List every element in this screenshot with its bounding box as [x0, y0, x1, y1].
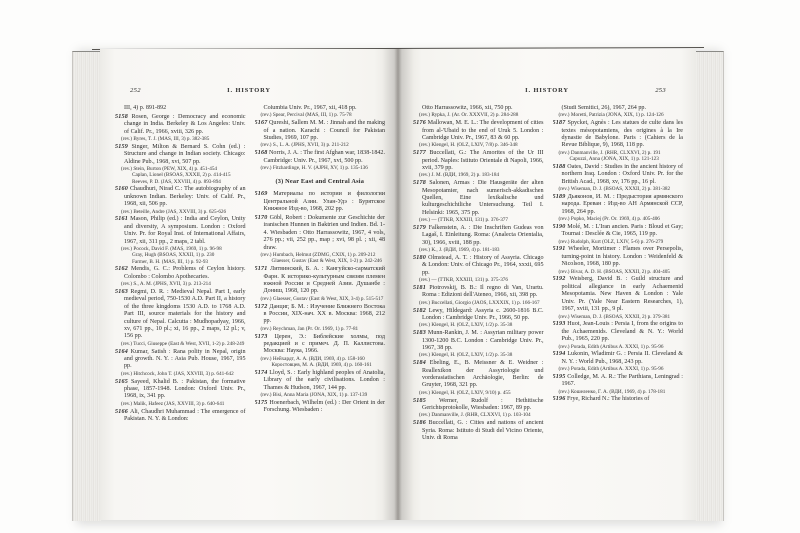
review-line: (rev.) Malik, Hafeez (JAS, XXVIII, 3) p.…	[115, 401, 246, 407]
entry-number: 5158	[115, 114, 128, 120]
entry-number: 5162	[115, 266, 128, 272]
review-line: (rev.) K., J. (ВДИ, 1969, 4) p. 181-183	[413, 247, 544, 253]
bib-entry: 5177 Buccellati, G.: The Amorites of the…	[413, 150, 544, 172]
text-column: (Studi Semitici, 26), 1967, 264 pp.(rev.…	[553, 105, 684, 511]
entry-number: 5177	[413, 150, 426, 156]
entry-number: 5185	[413, 398, 426, 404]
entry-number: 5167	[255, 120, 268, 126]
review-line: (rev.) Кошеленко, Г. А. (ВДИ, 1969, 4) p…	[553, 389, 684, 395]
entry-number: 5196	[553, 396, 566, 402]
bib-entry: 5160 Chaudhuri, Nirad C.: The autobiogra…	[115, 186, 246, 208]
bib-entry: 5188 Oates, David : Studies in the ancie…	[553, 164, 684, 186]
entry-number: 5189	[553, 194, 566, 200]
bib-entry: 5171 Литвинский, Б. А. : Кангуйско-сарма…	[255, 266, 386, 296]
entry-number: 5163	[115, 289, 128, 295]
entry-number: 5166	[115, 409, 128, 415]
left-page-edges	[72, 51, 101, 521]
book-gutter-shadow	[382, 48, 414, 520]
review-line: (rev.) Porada, Edith (Artibus A. XXXI, 1…	[553, 344, 684, 350]
review-line: (rev.) Hitchcock, John T. (JAS, XXVIII, …	[115, 371, 246, 377]
entry-number: 5159	[115, 144, 128, 150]
bib-entry: 5163 Regmi, D. R. : Medieval Nepal. Part…	[115, 289, 246, 341]
review-line: (rev.) Bisi, Anna Maria (JONA, XIX, 1) p…	[255, 392, 386, 398]
entry-number: 5179	[413, 225, 426, 231]
bib-entry: 5172 Данциг, Б. М. : Изучение Ближнего В…	[255, 304, 386, 326]
right-page-number: 253	[655, 87, 666, 94]
bib-entry: 5182 Lewy, Hildegard: Assyria c. 2600-18…	[413, 308, 544, 323]
bib-entry: 5178 Salonen, Armas : Die Hausgeräte der…	[413, 180, 544, 217]
bib-entry: 5191 Wheeler, Mortimer : Flames over Per…	[553, 246, 684, 268]
section-heading: (3) Near East and Central Asia	[255, 178, 386, 185]
entry-number: 5173	[255, 334, 268, 340]
entry-number: 5182	[413, 308, 426, 314]
bib-entry: 5183 Munn-Rankin, J. M. : Assyrian milit…	[413, 330, 544, 352]
review-line: (rev.) Buccellati, Giorgio (JAOS, LXXXIX…	[413, 300, 544, 306]
text-column: III, 4) p. 891-8925158 Rosen, George : D…	[115, 105, 246, 511]
review-line: Caplan, Lionel (BSOAS, XXXII, 2) p. 414-…	[115, 172, 246, 178]
bib-entry: 5190 Molé, M. : L'Iran ancien. Paris : B…	[553, 224, 684, 239]
entry-number: 5188	[553, 164, 566, 170]
bib-entry: 5169 Материалы по истории и филологии Це…	[255, 191, 386, 213]
entry-number: 5187	[553, 120, 566, 126]
bib-entry: 5179 Falkenstein, A. : Die Inschriften G…	[413, 225, 544, 247]
text-column: Columbia Univ. Pr., 1967, xii, 418 pp.(r…	[255, 105, 386, 511]
review-line: Glaesser, Gustav (East & West, XIX, 1-2)…	[255, 258, 386, 264]
bib-entry: 5164 Kumar, Satish : Rana polity in Nepa…	[115, 349, 246, 371]
review-line: (rev.) Danmanville, J. (RHR, CLXXVI, 1) …	[413, 412, 544, 418]
bib-entry: 5180 Olmstead, A. T. : History of Assyri…	[413, 255, 544, 277]
review-line: (rev.) Popko, Maciej (Pr. Or. 1969, 4) p…	[553, 216, 684, 222]
bib-entry: 5189 Дьяконов, И. М. : Предыстория армян…	[553, 194, 684, 216]
bib-entry: 5192 Weisberg, David B. : Guild structur…	[553, 276, 684, 313]
bib-entry: 5174 Lloyd, S. : Early highland peoples …	[255, 370, 386, 392]
right-running-title: I. HISTORY	[414, 87, 680, 94]
review-line: (rev.) J. M. (ВДИ, 1969, 2) p. 183-184	[413, 172, 544, 178]
review-line: (rev.) Klengel, H. (OLZ, LXIV, 1/2) p. 3…	[413, 322, 544, 328]
entry-number: 5190	[553, 224, 566, 230]
entry-number: 5170	[255, 215, 268, 221]
right-page-edges	[695, 51, 724, 521]
review-line: (rev.) Bivar, A. D. H. (BSOAS, XXXII, 2)…	[553, 269, 684, 275]
right-running-header: I. HISTORY 253	[414, 87, 680, 99]
review-line: Reeves, P. D. (JAS, XXVIII, 4) p. 893-89…	[115, 179, 246, 185]
bib-entry: 5187 Spycket, Agnès : Les statues de cul…	[553, 120, 684, 150]
left-running-header: 252 I. HISTORY	[116, 87, 382, 99]
review-line: (rev.) S., L. A. (JPHS, XVII, 3) p. 211-…	[255, 142, 386, 148]
entry-number: 5165	[115, 379, 128, 385]
entry-number: 5194	[553, 351, 566, 357]
review-line: (rev.) Wiseman, D. J. (BSOAS, XXXII, 2) …	[553, 186, 684, 192]
review-line: (rev.) Beteille, Andre (JAS, XXVIII, 3) …	[115, 209, 246, 215]
entry-number: 5186	[413, 420, 426, 426]
right-page: I. HISTORY 253 Otto Harrassowitz, 1966, …	[398, 49, 696, 520]
review-line: (rev.) Wiseman, D. J. (BSOAS, XXXII, 2) …	[553, 314, 684, 320]
review-line: (rev.) Spear, Percival (MAS, III, 1) p. …	[255, 112, 386, 118]
entry-number: 5161	[115, 216, 128, 222]
open-book: 252 I. HISTORY III, 4) p. 891-8925158 Ro…	[72, 44, 724, 522]
review-line: (rev.) — (TTKB, XXXIII, 131) p. 375-376	[413, 277, 544, 283]
bib-entry: 5162 Mendis, G. C.: Problems of Ceylon h…	[115, 266, 246, 281]
entry-number: 5164	[115, 349, 128, 355]
entry-number: 5175	[255, 400, 268, 406]
review-line: (rev.) Reychman, Jan (Pr. Or. 1969, 1) p…	[255, 326, 386, 332]
bib-entry: 5167 Qureshi, Sallem M. M. : Jinnah and …	[255, 120, 386, 142]
entry-number: 5169	[255, 191, 268, 197]
bib-entry: 5158 Rosen, George : Democracy and econo…	[115, 114, 246, 136]
entry-number: 5195	[553, 374, 566, 380]
entry-number: 5160	[115, 186, 128, 192]
entry-number: 5180	[413, 255, 426, 261]
review-line: (rev.) Porada, Edith (Artibus A. XXXI, 1…	[553, 366, 684, 372]
entry-number: 5174	[255, 370, 268, 376]
bib-entry: 5193 Huot, Jean-Louis : Persia I, from t…	[553, 321, 684, 343]
entry-number: 5171	[255, 266, 268, 272]
bib-entry: 5186 Buccellati, G. : Cities and nations…	[413, 420, 544, 442]
entry-number: 5172	[255, 304, 268, 310]
bib-entry: 5168 Norris, J. A. : The first Afghan wa…	[255, 150, 386, 165]
entry-number: 5184	[413, 360, 426, 366]
review-line: (rev.) Moretti, Patrizia (JONA, XIX, 1) …	[553, 112, 684, 118]
entry-number: 5168	[255, 150, 268, 156]
bib-entry: 5159 Singer, Milton & Bernard S. Cohn (e…	[115, 144, 246, 166]
entry-number: 5192	[553, 276, 566, 282]
entry-continuation: III, 4) p. 891-892	[115, 105, 246, 112]
review-line: (rev.) Rudolph, Kurt (OLZ, LXIV, 5-6) p.…	[553, 239, 684, 245]
bib-entry: 5173 Церен, Э.: Библейские холмы, под ре…	[255, 334, 386, 356]
review-line: (rev.) — (TTKB, XXXIII, 131) p. 376-377	[413, 217, 544, 223]
entry-number: 5191	[553, 246, 566, 252]
text-column: Otto Harrassowitz, 1966, xii, 750 pp.(re…	[413, 105, 544, 511]
bib-entry: 5176 Mallowan, M. E. L.: The development…	[413, 120, 544, 142]
bib-entry: 5161 Mason, Philip (ed.) : India and Cey…	[115, 216, 246, 246]
review-line: (rev.) Fitzhardinge, H. V. (AJPH, XV, 1)…	[255, 165, 386, 171]
bib-entry: 5166 Ali, Chaudhri Muhammad : The emerge…	[115, 409, 246, 424]
bib-entry: 5196 Frye, Richard N.: The histories of	[553, 396, 684, 403]
left-running-title: I. HISTORY	[116, 87, 382, 94]
left-page: 252 I. HISTORY III, 4) p. 891-8925158 Ro…	[100, 49, 398, 520]
bib-entry: 5175 Hoenerbach, Wilhelm (ed.) : Der Ori…	[255, 400, 386, 415]
bib-entry: 5165 Sayeed, Khalid B. : Pakistan, the f…	[115, 379, 246, 401]
entry-number: 5183	[413, 330, 426, 336]
entry-number: 5181	[413, 285, 426, 291]
review-line: (rev.) Tucci, Giuseppe (East & West, XVI…	[115, 341, 246, 347]
bib-entry: 5185 Werner, Rudolf : Hethitische Gerich…	[413, 398, 544, 413]
entry-number: 5193	[553, 321, 566, 327]
left_page-columns: III, 4) p. 891-8925158 Rosen, George : D…	[115, 105, 385, 511]
review-line: (rev.) Rypka, J. (Ar. Or. XXXVII, 2) p. …	[413, 112, 544, 118]
bib-entry: 5181 Piotrovskij, B. B.: Il regno di Van…	[413, 285, 544, 300]
review-line: (rev.) Klengel, H. (OLZ, LXIV, 9/10) p. …	[413, 390, 544, 396]
entry-number: 5178	[413, 180, 426, 186]
bib-entry: 5194 Lukonin, Wladimir G. : Persia II. C…	[553, 351, 684, 366]
bib-entry: 5170 Göbl, Robert : Dokumente zur Geschi…	[255, 215, 386, 252]
review-line: (rev.) S., A. M. (JPHS, XVII, 3) p. 213-…	[115, 281, 246, 287]
review-line: (rev.) Klengel, H. (OLZ, LXIV, 7/8) p. 3…	[413, 142, 544, 148]
review-line: Коростовцев, М. А. (ВДИ, 1969, 4) p. 160…	[255, 362, 386, 368]
review-line: (rev.) Glaesser, Gustav (East & West, XI…	[255, 296, 386, 302]
entry-number: 5176	[413, 120, 426, 126]
right_page-columns: Otto Harrassowitz, 1966, xii, 750 pp.(re…	[413, 105, 683, 511]
review-line: Farmer, B. H. (MAS, III, 1) p. 92-93	[115, 259, 246, 265]
review-line: Capuzzi, Anna (JONA, XIX, 1) p. 121-123	[553, 156, 684, 162]
bib-entry: 5184 Ebeling, E., B. Meissner & E. Weidn…	[413, 360, 544, 390]
review-line: (rev.) Klengel, H. (OLZ, LXIV, 1/2) p. 3…	[413, 352, 544, 358]
scanned-book-photo: 252 I. HISTORY III, 4) p. 891-8925158 Ro…	[0, 0, 800, 533]
bib-entry: 5195 Colledge, M. A. R.: The Parthians, …	[553, 374, 684, 389]
review-line: (rev.) Byres, T. J. (MAS, III, 3) p. 382…	[115, 136, 246, 142]
